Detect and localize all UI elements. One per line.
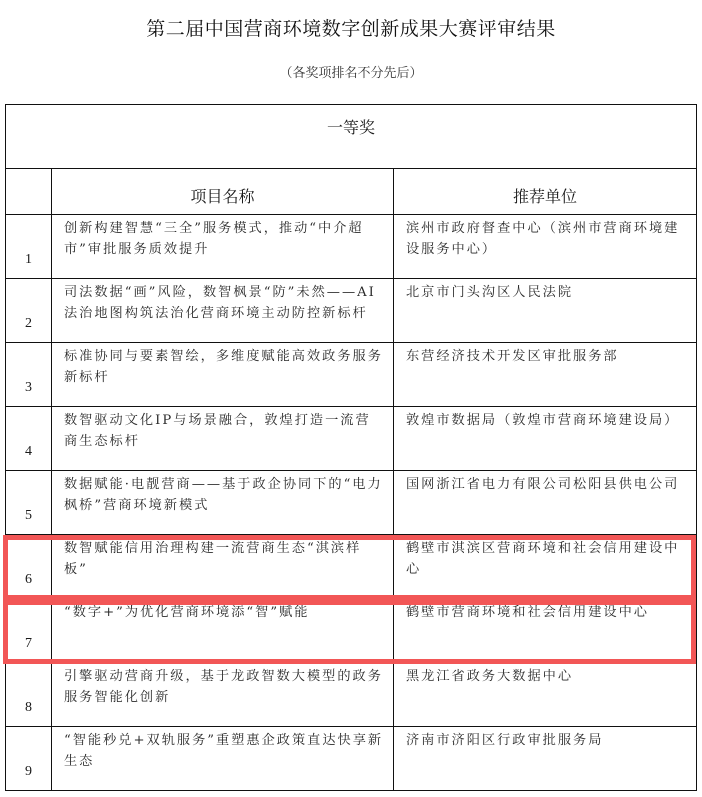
- row-number: 9: [6, 727, 52, 791]
- project-name-cell: 数据赋能·电靓营商——基于政企协同下的“电力枫桥”营商环境新模式: [52, 471, 394, 535]
- row-number: 5: [6, 471, 52, 535]
- column-header-number: [6, 169, 52, 215]
- recommending-unit-cell: 鹤壁市营商环境和社会信用建设中心: [394, 599, 697, 663]
- table-row-highlighted: 7 “数字+”为优化营商环境添“智”赋能 鹤壁市营商环境和社会信用建设中心: [6, 599, 697, 663]
- award-level-row: 一等奖: [6, 105, 697, 169]
- project-name-cell: 司法数据“画”风险，数智枫景“防”未然——AI法治地图构筑法治化营商环境主动防控…: [52, 279, 394, 343]
- recommending-unit-cell: 黑龙江省政务大数据中心: [394, 663, 697, 727]
- table-row: 4 数智驱动文化IP与场景融合，敦煌打造一流营商生态标杆 敦煌市数据局（敦煌市营…: [6, 407, 697, 471]
- project-name-cell: 引擎驱动营商升级，基于龙政智数大模型的政务服务智能化创新: [52, 663, 394, 727]
- recommending-unit-cell: 国网浙江省电力有限公司松阳县供电公司: [394, 471, 697, 535]
- project-name-cell: 标准协同与要素智绘，多维度赋能高效政务服务新标杆: [52, 343, 394, 407]
- row-number: 4: [6, 407, 52, 471]
- row-number: 3: [6, 343, 52, 407]
- project-name-cell: “智能秒兑+双轨服务”重塑惠企政策直达快享新生态: [52, 727, 394, 791]
- row-number: 7: [6, 599, 52, 663]
- recommending-unit-cell: 鹤壁市淇滨区营商环境和社会信用建设中心: [394, 535, 697, 599]
- recommending-unit-cell: 滨州市政府督查中心（滨州市营商环境建设服务中心）: [394, 215, 697, 279]
- project-name-cell: 数智赋能信用治理构建一流营商生态“淇滨样板”: [52, 535, 394, 599]
- table-row-highlighted: 6 数智赋能信用治理构建一流营商生态“淇滨样板” 鹤壁市淇滨区营商环境和社会信用…: [6, 535, 697, 599]
- award-level-heading: 一等奖: [6, 105, 697, 169]
- recommending-unit-cell: 敦煌市数据局（敦煌市营商环境建设局）: [394, 407, 697, 471]
- table-row: 2 司法数据“画”风险，数智枫景“防”未然——AI法治地图构筑法治化营商环境主动…: [6, 279, 697, 343]
- row-number: 1: [6, 215, 52, 279]
- table-row: 8 引擎驱动营商升级，基于龙政智数大模型的政务服务智能化创新 黑龙江省政务大数据…: [6, 663, 697, 727]
- recommending-unit-cell: 东营经济技术开发区审批服务部: [394, 343, 697, 407]
- award-results-table: 一等奖 项目名称 推荐单位 1 创新构建智慧“三全”服务模式，推动“中介超市”审…: [5, 104, 697, 791]
- table-row: 9 “智能秒兑+双轨服务”重塑惠企政策直达快享新生态 济南市济阳区行政审批服务局: [6, 727, 697, 791]
- project-name-cell: 创新构建智慧“三全”服务模式，推动“中介超市”审批服务质效提升: [52, 215, 394, 279]
- column-header-project-name: 项目名称: [52, 169, 394, 215]
- column-header-recommending-unit: 推荐单位: [394, 169, 697, 215]
- recommending-unit-cell: 北京市门头沟区人民法院: [394, 279, 697, 343]
- row-number: 2: [6, 279, 52, 343]
- table-row: 5 数据赋能·电靓营商——基于政企协同下的“电力枫桥”营商环境新模式 国网浙江省…: [6, 471, 697, 535]
- table-row: 1 创新构建智慧“三全”服务模式，推动“中介超市”审批服务质效提升 滨州市政府督…: [6, 215, 697, 279]
- document-subtitle: （各奖项排名不分先后）: [0, 62, 702, 81]
- column-header-row: 项目名称 推荐单位: [6, 169, 697, 215]
- row-number: 6: [6, 535, 52, 599]
- table-row: 3 标准协同与要素智绘，多维度赋能高效政务服务新标杆 东营经济技术开发区审批服务…: [6, 343, 697, 407]
- project-name-cell: 数智驱动文化IP与场景融合，敦煌打造一流营商生态标杆: [52, 407, 394, 471]
- recommending-unit-cell: 济南市济阳区行政审批服务局: [394, 727, 697, 791]
- row-number: 8: [6, 663, 52, 727]
- project-name-cell: “数字+”为优化营商环境添“智”赋能: [52, 599, 394, 663]
- document-title: 第二届中国营商环境数字创新成果大赛评审结果: [0, 14, 702, 41]
